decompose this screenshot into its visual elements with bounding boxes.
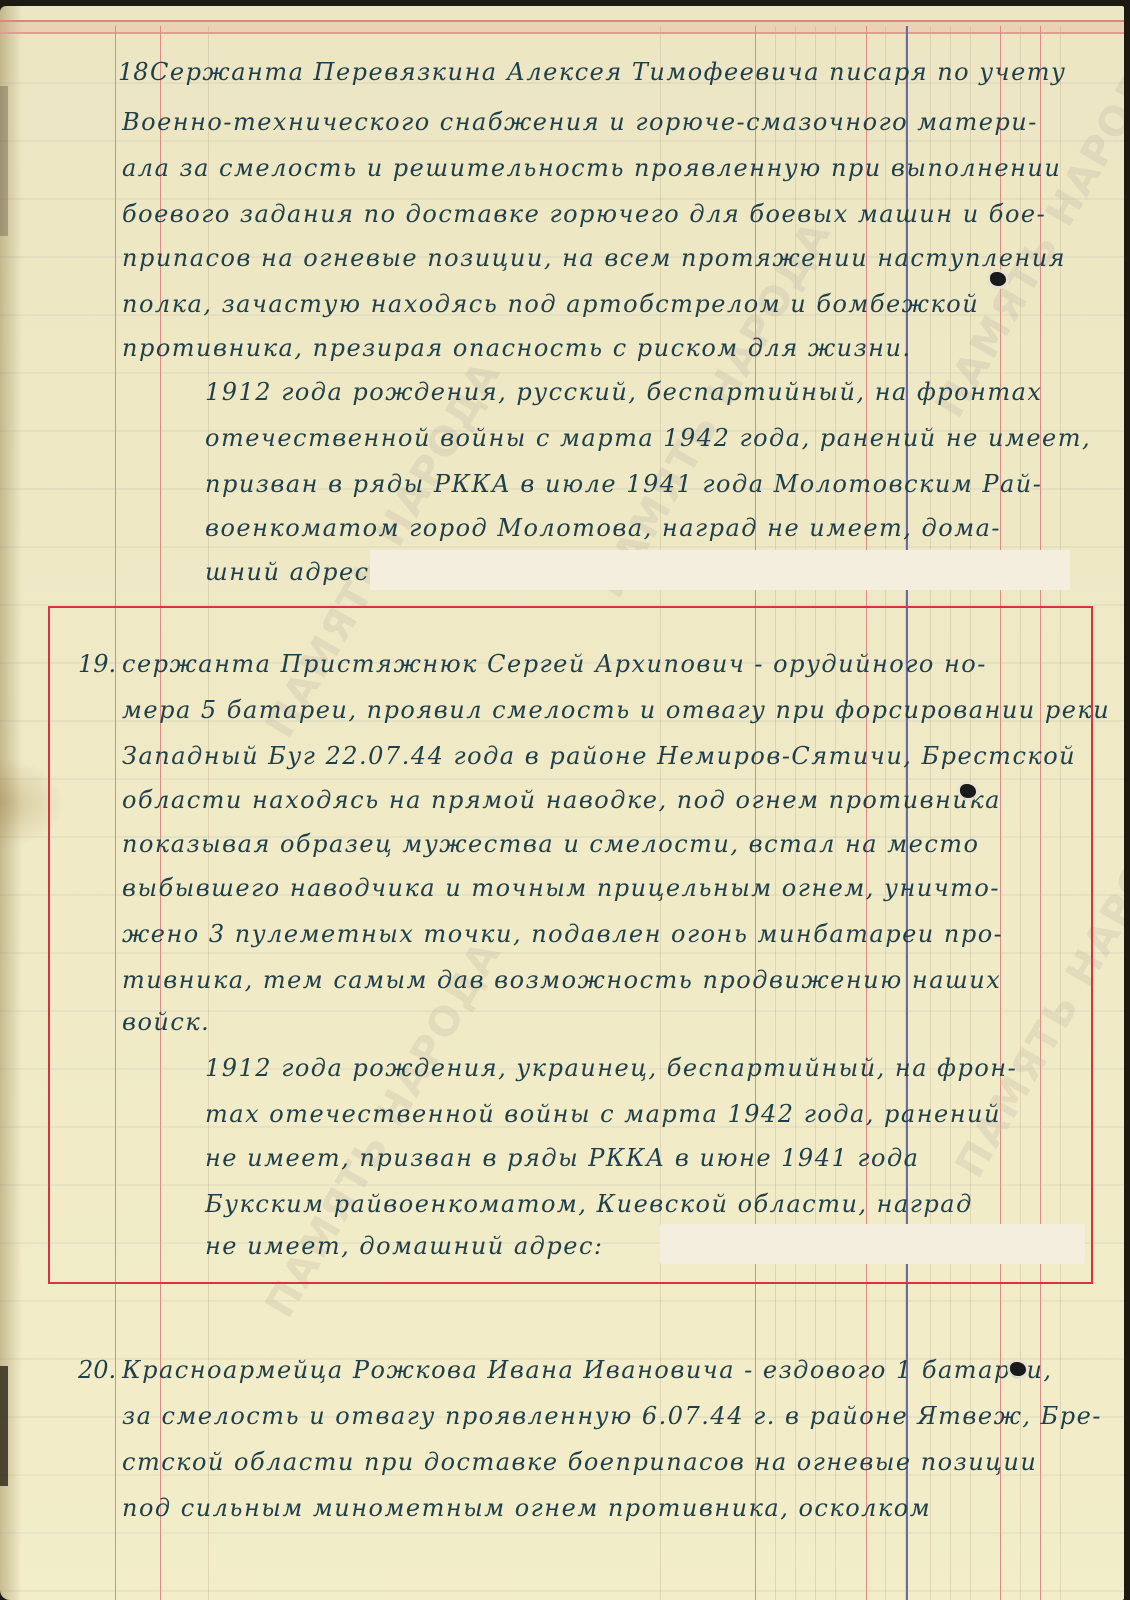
bio-line: военкоматом город Молотова, наград не им… [205, 516, 1001, 540]
top-double-rule [0, 20, 1124, 34]
entry-line: под сильным минометным огнем противника,… [122, 1496, 931, 1520]
highlight-box-entry-19 [48, 606, 1093, 1284]
entry-line: за смелость и отвагу проявленную 6.07.44… [122, 1404, 1102, 1428]
document-page: ПАМЯТЬ НАРОДА ПАМЯТЬ НАРОДА ПАМЯТЬ НАРОД… [0, 6, 1124, 1600]
entry-number: 18 [118, 60, 149, 84]
entry-line: ала за смелость и решительность проявлен… [122, 156, 1061, 180]
entry-line: Красноармейца Рожкова Ивана Ивановича - … [122, 1358, 1053, 1382]
redacted-address [370, 550, 1070, 590]
entry-line: припасов на огневые позиции, на всем про… [122, 246, 1066, 270]
entry-number: 20. [78, 1358, 116, 1382]
bio-line: отечественной войны с марта 1942 года, р… [205, 426, 1091, 450]
binding-edge [0, 1366, 8, 1486]
binding-edge [0, 86, 8, 236]
punch-hole [990, 272, 1006, 286]
entry-line: Сержанта Перевязкина Алексея Тимофеевича… [150, 60, 1066, 84]
bio-line: шний адрес: [205, 560, 379, 584]
bio-line: 1912 года рождения, русский, беспартийны… [205, 380, 1042, 404]
entry-line: полка, зачастую находясь под артобстрело… [122, 292, 979, 316]
bio-line: призван в ряды РККА в июле 1941 года Мол… [205, 472, 1042, 496]
entry-line: боевого задания по доставке горючего для… [122, 202, 1046, 226]
entry-line: противника, презирая опасность с риском … [122, 336, 912, 360]
punch-hole [1010, 1362, 1026, 1376]
entry-line: Военно-технического снабжения и горюче-с… [122, 110, 1038, 134]
entry-line: стской области при доставке боеприпасов … [122, 1450, 1037, 1474]
